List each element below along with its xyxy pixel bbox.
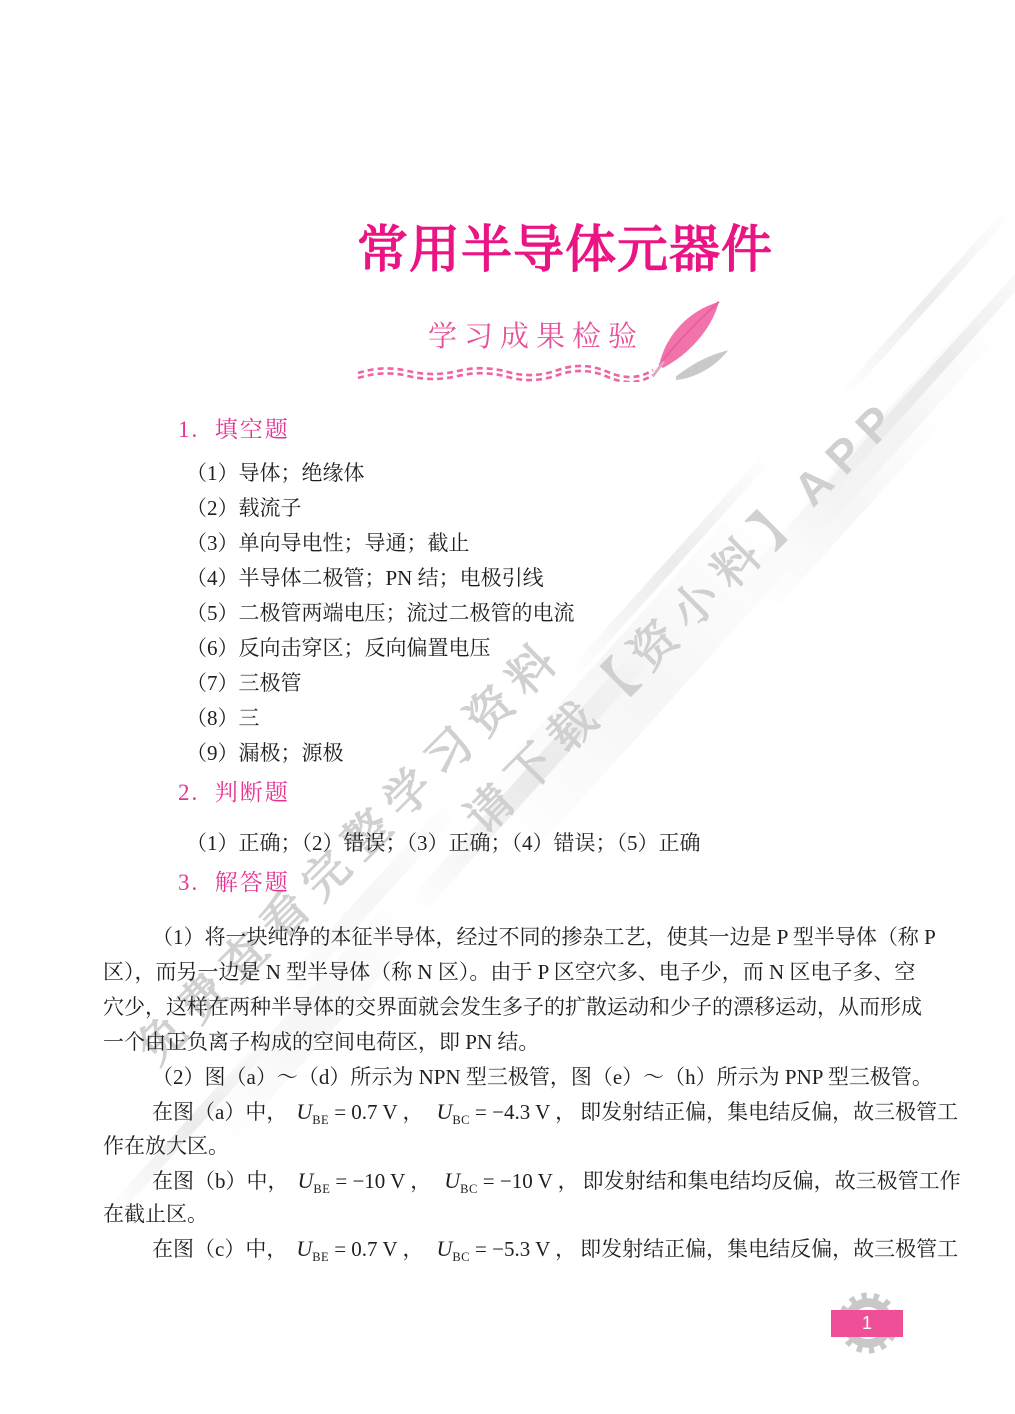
fig-a-prefix: 在图（a）中， [152,1100,287,1124]
solution-para1-line4: 一个由正负离子构成的空间电荷区，即 PN 结。 [103,1025,539,1060]
list-item: （6）反向击穿区；反向偏置电压 [186,631,575,666]
math-symbol-u: U [298,1168,314,1193]
list-item: （3）单向导电性；导通；截止 [186,526,575,561]
math-value: = −5.3 V ， [475,1237,576,1261]
math-symbol-u: U [436,1099,452,1124]
math-value: = −4.3 V ， [475,1100,576,1124]
math-subscript: BE [313,1182,330,1196]
math-subscript: BC [460,1182,478,1196]
solution-fig-b-line: 在图（b）中，UBE= −10 V ，UBC= −10 V ，即发射结和集电结均… [103,1163,961,1198]
list-item: （9）漏极；源极 [186,736,575,771]
section-heading-fill-blanks: 1. 填空题 [178,417,290,443]
list-item: （8）三 [186,701,575,736]
feather-icon [648,298,732,382]
section-heading-solutions: 3. 解答题 [178,870,290,896]
math-value: = 0.7 V ， [334,1237,423,1261]
math-value: = 0.7 V ， [334,1100,423,1124]
solution-para1-line2: 区），而另一边是 N 型半导体（称 N 区）。由于 P 区空穴多、电子少，而 N… [103,955,915,990]
math-value: = −10 V ， [335,1169,431,1193]
solution-fig-c-line: 在图（c）中，UBE= 0.7 V ，UBC= −5.3 V ，即发射结正偏，集… [103,1231,958,1266]
page: 免费查看完整学习资料 请下载【资小料】APP 常用半导体元器件 学习成果检验 1… [0,0,1015,1414]
fig-b-suffix: 即发射结和集电结均反偏，故三极管工作 [583,1169,961,1193]
solution-fig-a-line: 在图（a）中，UBE= 0.7 V ，UBC= −4.3 V ，即发射结正偏，集… [103,1094,958,1129]
math-subscript: BE [312,1113,329,1127]
fill-blanks-list: （1）导体；绝缘体 （2）载流子 （3）单向导电性；导通；截止 （4）半导体二极… [186,456,575,771]
solution-para2: （2）图（a）～（d）所示为 NPN 型三极管，图（e）～（h）所示为 PNP … [103,1060,933,1095]
math-symbol-u: U [296,1099,312,1124]
wavy-underline [355,360,655,382]
list-item: （7）三极管 [186,666,575,701]
math-value: = −10 V ， [483,1169,579,1193]
fig-c-prefix: 在图（c）中， [152,1237,287,1261]
chapter-title: 常用半导体元器件 [357,220,773,280]
fig-c-suffix: 即发射结正偏，集电结反偏，故三极管工 [580,1237,958,1261]
subtitle: 学习成果检验 [428,316,644,358]
page-number-badge: 1 [831,1310,903,1337]
solution-para1-line3: 穴少，这样在两种半导体的交界面就会发生多子的扩散运动和少子的漂移运动，从而形成 [103,990,922,1025]
solution-para1-line1: （1）将一块纯净的本征半导体，经过不同的掺杂工艺，使其一边是 P 型半导体（称 … [103,920,936,955]
list-item: （2）载流子 [186,491,575,526]
solution-fig-a-cont: 作在放大区。 [103,1129,229,1164]
math-symbol-u: U [436,1236,452,1261]
math-subscript: BC [452,1250,470,1264]
solution-fig-b-cont: 在截止区。 [103,1197,208,1232]
list-item: （4）半导体二极管；PN 结；电极引线 [186,561,575,596]
fig-b-prefix: 在图（b）中， [152,1169,289,1193]
list-item: （1）导体；绝缘体 [186,456,575,491]
math-subscript: BE [312,1250,329,1264]
math-symbol-u: U [444,1168,460,1193]
math-symbol-u: U [296,1236,312,1261]
fig-a-suffix: 即发射结正偏，集电结反偏，故三极管工 [580,1100,958,1124]
judgement-answers: （1）正确；（2）错误；（3）正确；（4）错误；（5）正确 [186,826,701,861]
list-item: （5）二极管两端电压；流过二极管的电流 [186,596,575,631]
section-heading-judgement: 2. 判断题 [178,780,290,806]
math-subscript: BC [452,1113,470,1127]
